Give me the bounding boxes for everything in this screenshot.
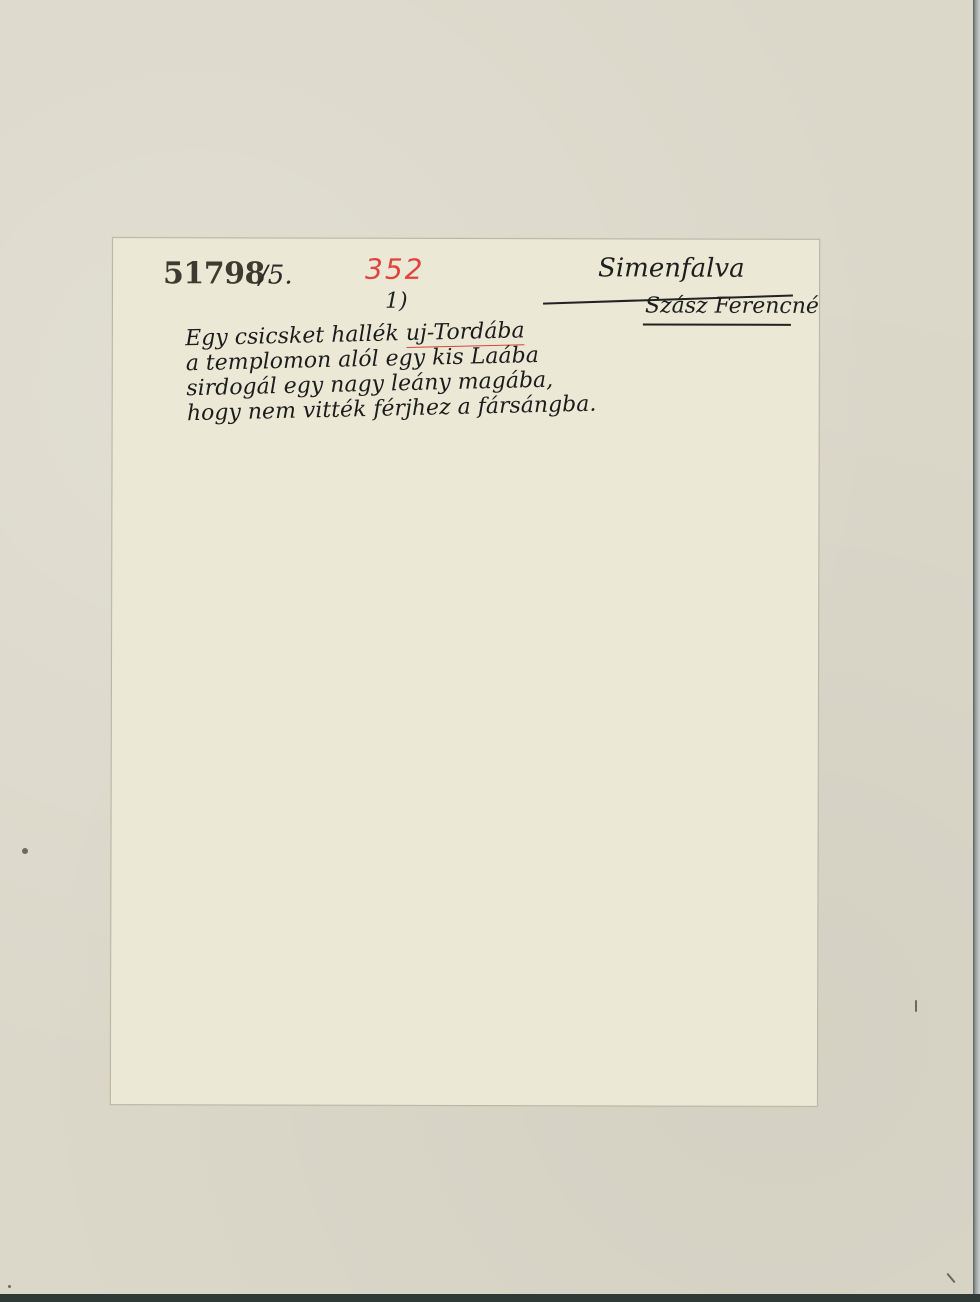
mount-right-edge — [973, 0, 980, 1302]
red-reference-number: 352 — [365, 253, 425, 286]
catalog-number: 51798 — [163, 256, 265, 291]
paper-speck — [915, 1000, 917, 1012]
mount-board: 51798 /5. 352 1) Simenfalva Szász Ferenc… — [0, 0, 973, 1294]
paper-speck — [22, 848, 28, 854]
song-lyrics: Egy csicsket hallék uj-Tordába a templom… — [185, 312, 807, 427]
catalog-suffix: /5. — [259, 260, 293, 290]
place-name: Simenfalva — [598, 253, 745, 283]
archival-slip: 51798 /5. 352 1) Simenfalva Szász Ferenc… — [110, 237, 820, 1107]
mount-bottom-edge — [0, 1294, 980, 1302]
item-marker: 1) — [385, 289, 408, 314]
paper-scratch — [946, 1273, 955, 1283]
paper-speck — [8, 1285, 11, 1288]
